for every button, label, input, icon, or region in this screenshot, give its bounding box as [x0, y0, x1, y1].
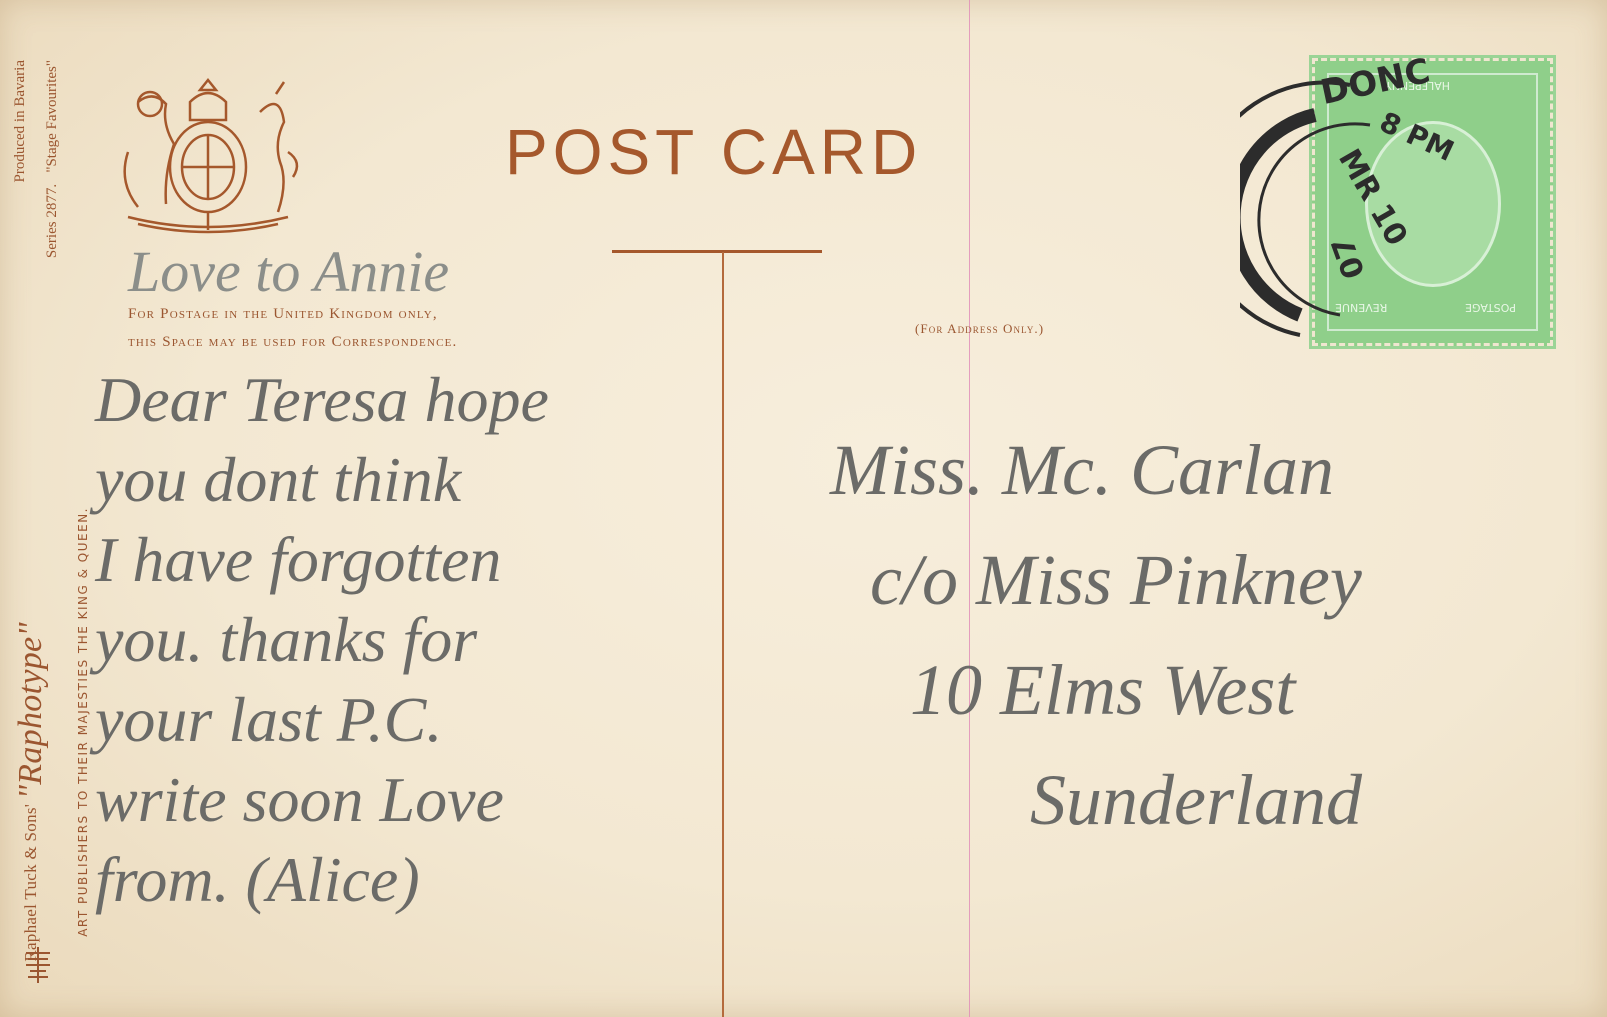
- coat-of-arms-icon: [108, 72, 308, 242]
- address-line: 10 Elms West: [830, 635, 1362, 745]
- message-line: from. (Alice): [95, 840, 549, 920]
- postcard-back: Raphael Tuck & Sons' "Raphotype" Series …: [0, 0, 1607, 1017]
- series-info: Series 2877. "Stage Favourites": [44, 60, 61, 258]
- address-line: c/o Miss Pinkney: [830, 525, 1362, 635]
- address-notice: (For Address Only.): [915, 321, 1044, 337]
- center-divider: [722, 252, 724, 1017]
- produced-in: Produced in Bavaria: [12, 60, 29, 182]
- address-line: Miss. Mc. Carlan: [830, 415, 1362, 525]
- header-rule: [612, 250, 822, 253]
- small-crest-icon: [22, 945, 54, 985]
- handwritten-top-note: Love to Annie: [128, 238, 449, 305]
- message-line: you dont think: [95, 440, 549, 520]
- address-line: Sunderland: [830, 745, 1362, 855]
- stamp-left-label: REVENUE: [1335, 301, 1387, 314]
- brand-name: "Raphotype": [12, 622, 49, 799]
- publisher-name: Raphael Tuck & Sons': [21, 804, 40, 962]
- series-number: Series 2877.: [44, 184, 60, 258]
- message-line: you. thanks for: [95, 600, 549, 680]
- notice-line-2: this Space may be used for Correspondenc…: [128, 328, 458, 356]
- message-line: your last P.C.: [95, 680, 549, 760]
- postcard-title: POST CARD: [505, 115, 922, 189]
- series-name: "Stage Favourites": [44, 60, 60, 173]
- message-line: write soon Love: [95, 760, 549, 840]
- message-line: I have forgotten: [95, 520, 549, 600]
- handwritten-address: Miss. Mc. Carlan c/o Miss Pinkney 10 Elm…: [830, 415, 1362, 855]
- handwritten-message: Dear Teresa hope you dont think I have f…: [95, 360, 549, 920]
- royal-warrant: ART PUBLISHERS TO THEIR MAJESTIES THE KI…: [76, 507, 90, 937]
- correspondence-notice: For Postage in the United Kingdom only, …: [128, 300, 458, 356]
- stamp-right-label: POSTAGE: [1465, 301, 1516, 314]
- publisher-imprint: Raphael Tuck & Sons' "Raphotype": [12, 622, 50, 962]
- message-line: Dear Teresa hope: [95, 360, 549, 440]
